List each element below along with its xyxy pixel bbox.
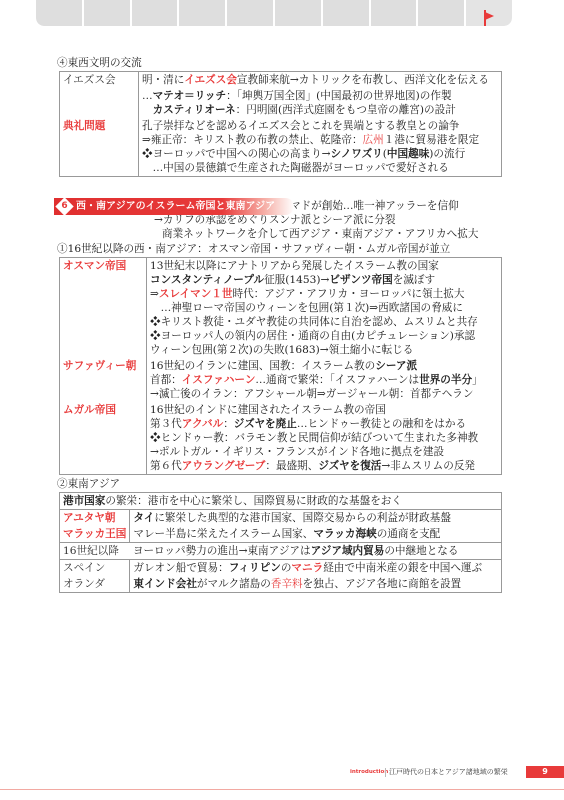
emphasis-text: ジズヤを廃止 [234, 418, 297, 430]
islamic-empires-table: オスマン帝国13世紀末以降にアナトリアから発展したイスラーム教の国家コンスタンテ… [59, 257, 502, 475]
east-west-table: イエズス会明・清にイエズス会宣教師来航→カトリックを布教し、西洋文化を伝える…マ… [59, 71, 502, 177]
emphasis-text: スレイマン１世 [159, 288, 233, 300]
emphasis-text: 広州 [363, 134, 384, 146]
text: 孔子崇拝などを認めるイエズス会とこれを異端とする教皇との論争 [142, 120, 459, 132]
row-content: 明・清にイエズス会宣教師来航→カトリックを布教し、西洋文化を伝える [139, 72, 502, 89]
row-label: サファヴィー朝 [60, 358, 147, 402]
section-banner: 6 西・南アジアのイスラーム帝国と東南アジア [54, 198, 299, 215]
table-row: …マテオ＝リッチ：「坤輿万国全図」(中国最初の世界地図)の作製 カスティリオーネ… [60, 88, 502, 118]
chapter-tab[interactable] [371, 0, 417, 26]
text: →滅亡後のイラン：アフシャール朝⇒ガージャール朝：首都テヘラン [150, 388, 474, 400]
emphasis-text: 香辛料 [271, 578, 303, 590]
content-line: …マテオ＝リッチ：「坤輿万国全図」(中国最初の世界地図)の作製 [142, 89, 498, 103]
text: 時代：アジア・アフリカ・ヨーロッパに領土拡大 [233, 288, 465, 300]
content-line: マレー半島に栄えたイスラーム国家、マラッカ海峡の通商を支配 [133, 527, 498, 541]
text: ウィーン包囲(第２次)の失敗(1683)→領土縮小に転じる [150, 344, 413, 356]
text: マレー半島に栄えたイスラーム国家、 [133, 528, 313, 540]
table-row: 16世紀以降ヨーロッパ勢力の進出→東南アジアはアジア域内貿易の中継地となる [60, 543, 502, 560]
text: 経由で中南米産の銀を中国へ運ぶ [323, 562, 482, 574]
row-label: アユタヤ朝 [60, 510, 130, 527]
row-content: マレー半島に栄えたイスラーム国家、マラッカ海峡の通商を支配 [130, 526, 502, 543]
text: …通商で繁栄：「イスファハーンは [255, 374, 419, 386]
flag-icon [484, 10, 494, 26]
content-line: 首都：イスファハーン…通商で繁栄：「イスファハーンは世界の半分」 [150, 373, 498, 387]
text: 宣教師来航→カトリックを布教し、西洋文化を伝える [237, 74, 489, 86]
content-line: →ポルトガル・イギリス・フランスがインド各地に拠点を建設 [150, 445, 498, 459]
text: 征服(1453)→ [264, 274, 329, 286]
row-label: オスマン帝国 [60, 258, 147, 359]
emphasis-text: シーア派 [375, 360, 417, 372]
chapter-tabs [36, 0, 512, 26]
full-width-cell: 港市国家の繁栄：港市を中心に繁栄し、国際貿易に財政的な基盤をおく [60, 493, 502, 510]
content-line: ❖ヒンドゥー教：バラモン教と民間信仰が結びついて生まれた多神教 [150, 431, 498, 445]
text: →ポルトガル・イギリス・フランスがインド各地に拠点を建設 [150, 446, 444, 458]
emphasis-text: アウラングゼーブ [182, 460, 266, 472]
text: 13世紀末以降にアナトリアから発展したイスラーム教の国家 [150, 260, 439, 272]
table-row: オスマン帝国13世紀末以降にアナトリアから発展したイスラーム教の国家コンスタンテ… [60, 258, 502, 359]
emphasis-text: タイ [133, 512, 154, 524]
southeast-asia-table: 港市国家の繁栄：港市を中心に繁栄し、国際貿易に財政的な基盤をおくアユタヤ朝タイに… [59, 492, 502, 593]
content-line: ❖キリスト教徒・ユダヤ教徒の共同体に自治を認め、ムスリムと共存 [150, 315, 498, 329]
text: 16世紀のイランに建国、国教：イスラーム教の [150, 360, 375, 372]
section-number: 6 [58, 199, 71, 214]
content-line: 16世紀のインドに建国されたイスラーム教の帝国 [150, 403, 498, 417]
row-label: オランダ [60, 576, 130, 593]
text: の [281, 562, 292, 574]
text: を滅ぼす [393, 274, 435, 286]
text: の中継地となる [384, 545, 458, 557]
footer-chapter-title: 江戸時代の日本とアジア諸地域の繁栄 [389, 767, 508, 777]
content-line: ❖ヨーロッパ人の領内の居住・通商の自由(カピチュレーション)承認 [150, 329, 498, 343]
emphasis-text: 中国趣味 [387, 148, 429, 160]
text: に繁栄した典型的な港市国家、国際交易からの利益が財政基盤 [154, 512, 451, 524]
text: ヨーロッパ勢力の進出→東南アジアは [133, 545, 311, 557]
emphasis-text: アクバル [182, 418, 223, 430]
text: 首都： [150, 374, 182, 386]
row-content: 13世紀末以降にアナトリアから発展したイスラーム教の国家コンスタンティノープル征… [147, 258, 502, 359]
table-row: アユタヤ朝タイに繁栄した典型的な港市国家、国際交易からの利益が財政基盤 [60, 510, 502, 527]
content-line: カスティリオーネ：円明園(西洋式庭園をもつ皇帝の離宮)の設計 [142, 103, 498, 117]
page-footer: introduction 江戸時代の日本とアジア諸地域の繁栄 9 [0, 762, 564, 792]
row-content: 孔子崇拝などを認めるイエズス会とこれを異端とする教皇との論争⇒雍正帝：キリスト教… [139, 118, 502, 177]
text: ❖ヨーロッパで中国への関心の高まり→ [142, 148, 331, 160]
page-number: 9 [526, 766, 564, 778]
text: 」 [472, 374, 483, 386]
row-label: 16世紀以降 [60, 543, 130, 560]
text: ❖キリスト教徒・ユダヤ教徒の共同体に自治を認め、ムスリムと共存 [150, 316, 478, 328]
row-content: 東インド会社がマルク諸島の香辛料を独占、アジア各地に商館を設置 [130, 576, 502, 593]
content-line: 東インド会社がマルク諸島の香辛料を独占、アジア各地に商館を設置 [133, 577, 498, 591]
text: →非ムスリムの反発 [381, 460, 475, 472]
chapter-tab[interactable] [36, 0, 82, 26]
content-line: ウィーン包囲(第２次)の失敗(1683)→領土縮小に転じる [150, 343, 498, 357]
emphasis-text: アジア域内貿易 [311, 545, 385, 557]
text: …神聖ローマ帝国のウィーンを包囲(第１次)⇒西欧諸国の脅威に [150, 302, 463, 314]
emphasis-text: カスティリオーネ [153, 104, 236, 116]
footer-intro-label: introduction [350, 769, 388, 775]
content-line: 第３代アクバル：ジズヤを廃止…ヒンドゥー教徒との融和をはかる [150, 417, 498, 431]
table-row: 港市国家の繁栄：港市を中心に繁栄し、国際貿易に財政的な基盤をおく [60, 493, 502, 510]
intro-line: 商業ネットワークを介して西アジア・東南アジア・アフリカへ拡大 [57, 227, 507, 241]
content-line: ⇒雍正帝：キリスト教の布教の禁止、乾隆帝：広州１港に貿易港を限定 [142, 133, 498, 147]
text: 明・清に [142, 74, 184, 86]
content-line: ヨーロッパ勢力の進出→東南アジアはアジア域内貿易の中継地となる [133, 544, 498, 558]
content-line: ⇒スレイマン１世時代：アジア・アフリカ・ヨーロッパに領土拡大 [150, 287, 498, 301]
text: ガレオン船で貿易： [133, 562, 228, 574]
text: ⇒ [150, 288, 159, 300]
row-label: マラッカ王国 [60, 526, 130, 543]
content-line: …神聖ローマ帝国のウィーンを包囲(第１次)⇒西欧諸国の脅威に [150, 301, 498, 315]
emphasis-text: 港市国家 [63, 495, 105, 507]
text: １港に貿易港を限定 [384, 134, 479, 146]
text: ：「坤輿万国全図」(中国最初の世界地図)の作製 [226, 90, 451, 102]
chapter-tab[interactable] [84, 0, 130, 26]
content-line: コンスタンティノープル征服(1453)→ビザンツ帝国を滅ぼす [150, 273, 498, 287]
content-line: 孔子崇拝などを認めるイエズス会とこれを異端とする教皇との論争 [142, 119, 498, 133]
text: ：円明園(西洋式庭園をもつ皇帝の離宮)の設計 [236, 104, 456, 116]
table-row: 典礼問題孔子崇拝などを認めるイエズス会とこれを異端とする教皇との論争⇒雍正帝：キ… [60, 118, 502, 177]
content-line: ガレオン船で貿易：フィリピンのマニラ経由で中南米産の銀を中国へ運ぶ [133, 561, 498, 575]
row-content: 16世紀のイランに建国、国教：イスラーム教のシーア派首都：イスファハーン…通商で… [147, 358, 502, 402]
emphasis-text: シノワズリ [331, 148, 383, 160]
row-label: スペイン [60, 560, 130, 577]
row-label [60, 88, 139, 118]
text: ❖ヒンドゥー教：バラモン教と民間信仰が結びついて生まれた多神教 [150, 432, 478, 444]
row-label: イエズス会 [60, 72, 139, 89]
table-row: オランダ東インド会社がマルク諸島の香辛料を独占、アジア各地に商館を設置 [60, 576, 502, 593]
content-line: タイに繁栄した典型的な港市国家、国際交易からの利益が財政基盤 [133, 511, 498, 525]
section-heading-west-south-asia: ①16世紀以降の西・南アジア：オスマン帝国・サファヴィー朝・ムガル帝国が並立 [57, 241, 507, 257]
chapter-tab[interactable] [275, 0, 321, 26]
text: … [142, 90, 153, 102]
text: を独占、アジア各地に商館を設置 [303, 578, 461, 590]
emphasis-text: 世界の半分 [419, 374, 472, 386]
chapter-tab-current[interactable] [466, 0, 512, 26]
row-label: 典礼問題 [60, 118, 139, 177]
chapter-tab[interactable] [179, 0, 225, 26]
emphasis-text: ジズヤを復活 [318, 460, 381, 472]
emphasis-text: ビザンツ帝国 [329, 274, 392, 286]
text: )の流行 [429, 148, 465, 160]
text: の通商を支配 [377, 528, 441, 540]
content-line: …中国の景徳鎮で生産された陶磁器がヨーロッパで愛好される [142, 161, 498, 175]
row-content: ガレオン船で貿易：フィリピンのマニラ経由で中南米産の銀を中国へ運ぶ [130, 560, 502, 577]
emphasis-text: イエズス会 [184, 74, 237, 86]
footer-divider [385, 768, 386, 777]
content-line: 第６代アウラングゼーブ：最盛期、ジズヤを復活→非ムスリムの反発 [150, 459, 498, 473]
content-line: 16世紀のイランに建国、国教：イスラーム教のシーア派 [150, 359, 498, 373]
table-row: スペインガレオン船で貿易：フィリピンのマニラ経由で中南米産の銀を中国へ運ぶ [60, 560, 502, 577]
section-heading-southeast-asia: ②東南アジア [57, 476, 507, 492]
emphasis-text: 東インド会社 [133, 578, 197, 590]
chapter-tab[interactable] [227, 0, 273, 26]
row-content: 16世紀のインドに建国されたイスラーム教の帝国第３代アクバル：ジズヤを廃止…ヒン… [147, 402, 502, 475]
text: ⇒雍正帝：キリスト教の布教の禁止、乾隆帝： [142, 134, 363, 146]
text: ： [223, 418, 234, 430]
emphasis-text: マラッカ海峡 [313, 528, 376, 540]
chapter-tab[interactable] [323, 0, 369, 26]
row-content: …マテオ＝リッチ：「坤輿万国全図」(中国最初の世界地図)の作製 カスティリオーネ… [139, 88, 502, 118]
intro-line: →カリフの承認をめぐりスンナ派とシーア派に分裂 [57, 213, 507, 227]
table-row: サファヴィー朝16世紀のイランに建国、国教：イスラーム教のシーア派首都：イスファ… [60, 358, 502, 402]
chapter-tab[interactable] [418, 0, 464, 26]
row-content: ヨーロッパ勢力の進出→東南アジアはアジア域内貿易の中継地となる [130, 543, 502, 560]
footer-rule [0, 789, 564, 790]
chapter-tab[interactable] [132, 0, 178, 26]
text: 第３代 [150, 418, 182, 430]
page-content: ④東西文明の交流 イエズス会明・清にイエズス会宣教師来航→カトリックを布教し、西… [57, 55, 507, 593]
content-line: →滅亡後のイラン：アフシャール朝⇒ガージャール朝：首都テヘラン [150, 387, 498, 401]
table-row: マラッカ王国マレー半島に栄えたイスラーム国家、マラッカ海峡の通商を支配 [60, 526, 502, 543]
text: 第６代 [150, 460, 182, 472]
text: ❖ヨーロッパ人の領内の居住・通商の自由(カピチュレーション)承認 [150, 330, 475, 342]
text: 16世紀のインドに建国されたイスラーム教の帝国 [150, 404, 386, 416]
row-content: タイに繁栄した典型的な港市国家、国際交易からの利益が財政基盤 [130, 510, 502, 527]
emphasis-text: フィリピン [229, 562, 281, 574]
text: ：最盛期、 [265, 460, 318, 472]
emphasis-text: マニラ [291, 562, 323, 574]
section-title: 西・南アジアのイスラーム帝国と東南アジア [76, 199, 275, 214]
emphasis-text: コンスタンティノープル [150, 274, 264, 286]
emphasis-text: イスファハーン [182, 374, 256, 386]
row-label: ムガル帝国 [60, 402, 147, 475]
emphasis-text: マテオ＝リッチ [153, 90, 227, 102]
text: がマルク諸島の [197, 578, 271, 590]
text: …ヒンドゥー教徒との融和をはかる [297, 418, 466, 430]
content-line: ❖ヨーロッパで中国への関心の高まり→シノワズリ(中国趣味)の流行 [142, 147, 498, 161]
table-row: ムガル帝国16世紀のインドに建国されたイスラーム教の帝国第３代アクバル：ジズヤを… [60, 402, 502, 475]
content-line: 明・清にイエズス会宣教師来航→カトリックを布教し、西洋文化を伝える [142, 73, 498, 87]
text [142, 104, 153, 116]
text: …中国の景徳鎮で生産された陶磁器がヨーロッパで愛好される [142, 162, 449, 174]
text: の繁栄：港市を中心に繁栄し、国際貿易に財政的な基盤をおく [105, 495, 402, 507]
section-heading-east-west: ④東西文明の交流 [57, 55, 507, 71]
table-row: イエズス会明・清にイエズス会宣教師来航→カトリックを布教し、西洋文化を伝える [60, 72, 502, 89]
content-line: 13世紀末以降にアナトリアから発展したイスラーム教の国家 [150, 259, 498, 273]
